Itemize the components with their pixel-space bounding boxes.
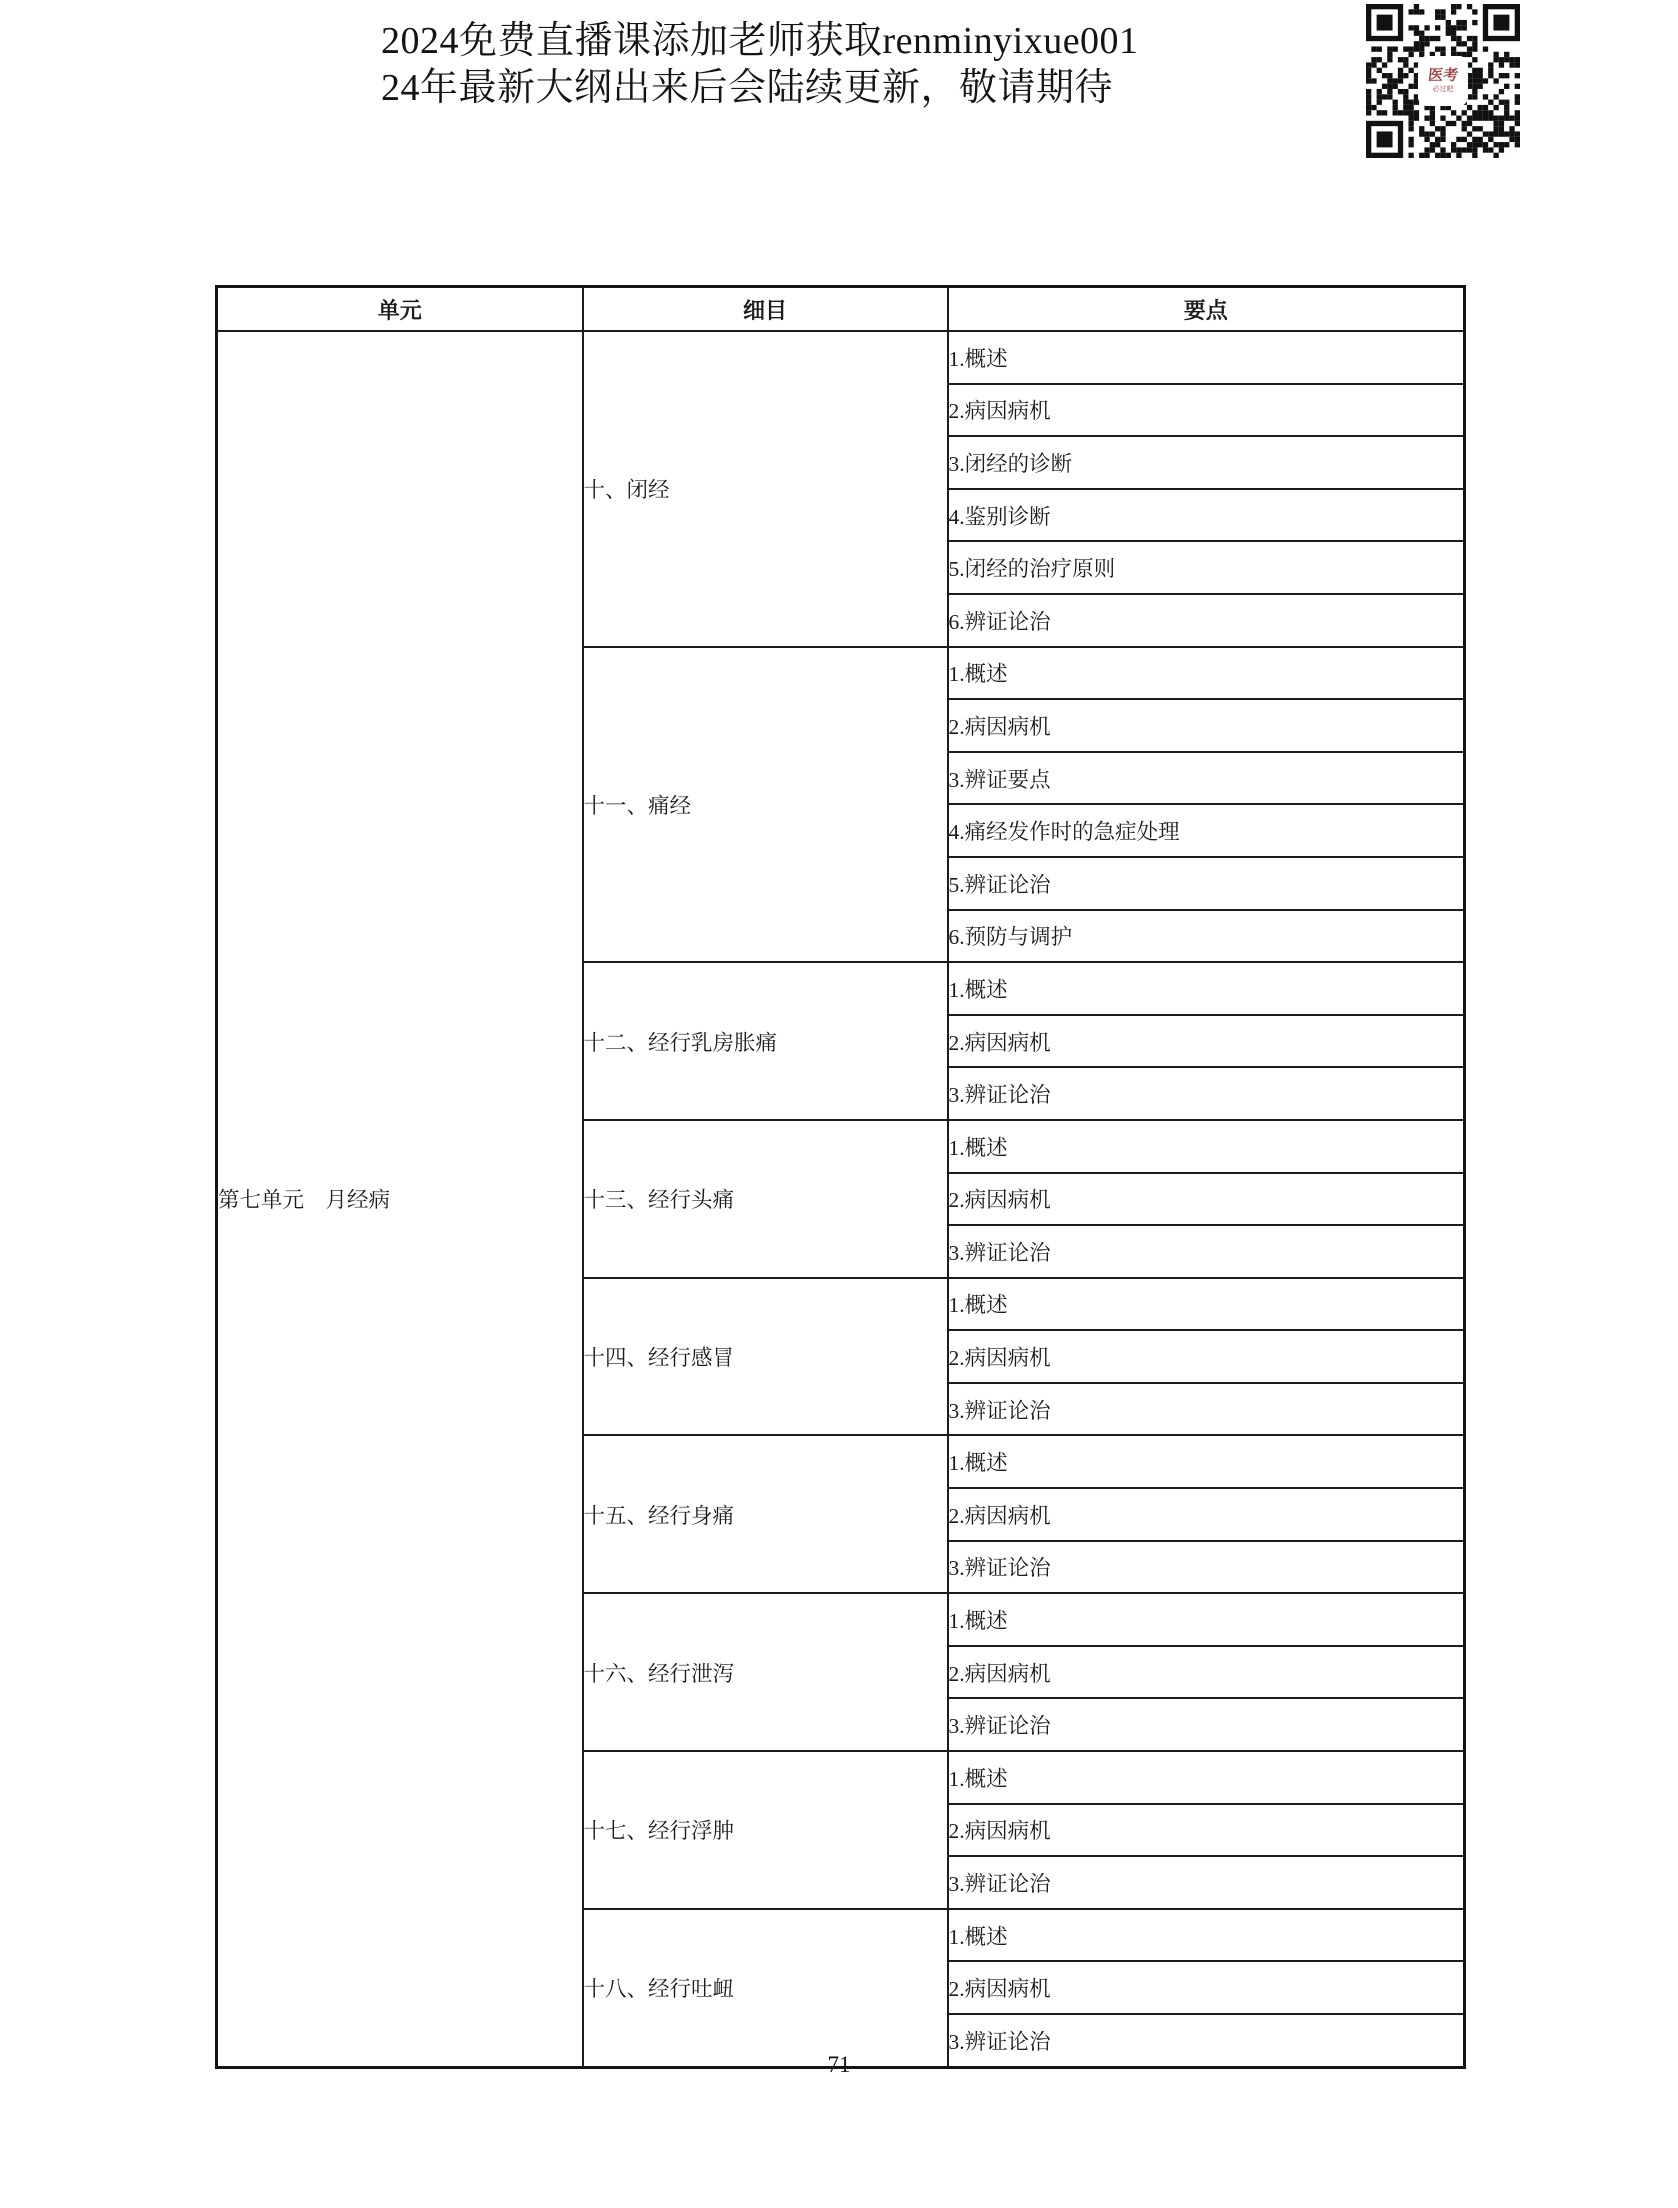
point-cell: 3.辨证论治 — [948, 1067, 1465, 1120]
point-cell: 3.辨证论治 — [948, 1698, 1465, 1751]
column-header-points: 要点 — [948, 287, 1465, 332]
point-cell: 5.闭经的治疗原则 — [948, 541, 1465, 594]
unit-cell: 第七单元 月经病 — [217, 331, 583, 2067]
point-cell: 1.概述 — [948, 1435, 1465, 1488]
banner-line-1: 2024免费直播课添加老师获取renminyixue001 — [381, 18, 1139, 65]
point-cell: 3.辨证论治 — [948, 1856, 1465, 1909]
qr-logo-subtext: 必过吧 — [1433, 86, 1454, 93]
table-header-row: 单元 细目 要点 — [217, 287, 1465, 332]
point-cell: 3.辨证论治 — [948, 1225, 1465, 1278]
point-cell: 2.病因病机 — [948, 1961, 1465, 2014]
point-cell: 1.概述 — [948, 647, 1465, 700]
section-title-cell: 十三、经行头痛 — [583, 1120, 948, 1278]
point-cell: 2.病因病机 — [948, 1015, 1465, 1068]
point-cell: 1.概述 — [948, 962, 1465, 1015]
section-title-cell: 十、闭经 — [583, 331, 948, 647]
point-cell: 3.辨证论治 — [948, 1541, 1465, 1594]
header-banner: 2024免费直播课添加老师获取renminyixue001 24年最新大纲出来后… — [381, 18, 1139, 112]
point-cell: 2.病因病机 — [948, 384, 1465, 437]
point-cell: 3.辨证论治 — [948, 1383, 1465, 1436]
table-row: 第七单元 月经病十、闭经1.概述 — [217, 331, 1465, 384]
section-title-cell: 十四、经行感冒 — [583, 1278, 948, 1436]
document-page: 2024免费直播课添加老师获取renminyixue001 24年最新大纲出来后… — [0, 0, 1678, 2208]
point-cell: 5.辨证论治 — [948, 857, 1465, 910]
point-cell: 1.概述 — [948, 1751, 1465, 1804]
point-cell: 1.概述 — [948, 1278, 1465, 1331]
point-cell: 1.概述 — [948, 1593, 1465, 1646]
section-title-cell: 十八、经行吐衄 — [583, 1909, 948, 2067]
section-title-cell: 十五、经行身痛 — [583, 1435, 948, 1593]
point-cell: 2.病因病机 — [948, 699, 1465, 752]
syllabus-table: 单元 细目 要点 第七单元 月经病十、闭经1.概述2.病因病机3.闭经的诊断4.… — [215, 285, 1466, 2069]
point-cell: 4.痛经发作时的急症处理 — [948, 804, 1465, 857]
point-cell: 2.病因病机 — [948, 1488, 1465, 1541]
point-cell: 6.预防与调护 — [948, 910, 1465, 963]
section-title-cell: 十二、经行乳房胀痛 — [583, 962, 948, 1120]
point-cell: 2.病因病机 — [948, 1173, 1465, 1226]
column-header-detail: 细目 — [583, 287, 948, 332]
point-cell: 4.鉴别诊断 — [948, 489, 1465, 542]
page-number: 71 — [0, 2052, 1678, 2078]
point-cell: 2.病因病机 — [948, 1804, 1465, 1857]
qr-logo-text: 医考 — [1427, 69, 1459, 84]
point-cell: 3.辨证要点 — [948, 752, 1465, 805]
point-cell: 1.概述 — [948, 331, 1465, 384]
section-title-cell: 十六、经行泄泻 — [583, 1593, 948, 1751]
column-header-unit: 单元 — [217, 287, 583, 332]
point-cell: 2.病因病机 — [948, 1330, 1465, 1383]
point-cell: 1.概述 — [948, 1120, 1465, 1173]
qr-code-icon: 医考 必过吧 — [1366, 4, 1520, 158]
point-cell: 2.病因病机 — [948, 1646, 1465, 1699]
section-title-cell: 十一、痛经 — [583, 647, 948, 963]
qr-center-logo: 医考 必过吧 — [1420, 58, 1466, 104]
point-cell: 3.闭经的诊断 — [948, 436, 1465, 489]
section-title-cell: 十七、经行浮肿 — [583, 1751, 948, 1909]
point-cell: 6.辨证论治 — [948, 594, 1465, 647]
point-cell: 1.概述 — [948, 1909, 1465, 1962]
banner-line-2: 24年最新大纲出来后会陆续更新，敬请期待 — [381, 65, 1139, 112]
